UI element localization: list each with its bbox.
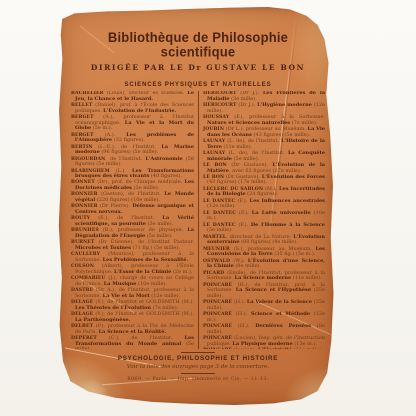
book-entry: COLSON (Albert), professeur à l'École Po…: [71, 264, 194, 275]
book-entry: BOUTY (E.), de l'Institut. La Vérité sci…: [71, 216, 194, 227]
book-entry: DELBET (P.), professeur à la Fté de Méde…: [71, 324, 194, 335]
book-title: Les Influences ancestrales: [250, 198, 325, 204]
book-entry: BIGOURDAN, de l'Institut. L'Astronomie (…: [71, 157, 194, 168]
book-title: La Lutte universelle: [252, 210, 311, 216]
book-note: (5e m.).: [91, 125, 112, 131]
book-entry: BELLET (Daniel), prof. à l'École des Sci…: [71, 103, 194, 114]
book-entry: DELAGE (Y.), de l'Institut et GOLDSMITH …: [71, 312, 194, 323]
book-entry: BONNIER (Gaston), de l'Institut. Le Mond…: [71, 192, 194, 203]
book-author-detail: (Dr J.).: [237, 102, 258, 108]
book-note: (3e mille).: [230, 96, 257, 102]
book-author-detail: (H.).: [232, 299, 247, 305]
book-entry: HÉRICOURT (Dr J.). L'Hygiène moderne (12…: [203, 103, 325, 114]
book-entry: POINCARÉ (Lucien). L'Électricité (11e mi…: [203, 348, 325, 349]
book-author-detail: (F.).: [236, 222, 251, 228]
book-entry: DEPÉRET (C.), de l'Institut. Les Transfo…: [71, 336, 194, 349]
book-entry: LE DANTEC (F.). Les Influences ancestral…: [203, 199, 325, 210]
section-heading-psychologie: PSYCHOLOGIE, PHILOSOPHIE ET HISTOIRE: [71, 355, 325, 362]
book-note: (24 figures).: [246, 191, 279, 197]
book-entry: LE BON (Dr Gustave). L'Évolution des For…: [203, 175, 325, 186]
book-entry: JOUBIN (Dr L.), professeur au Muséum. La…: [203, 127, 325, 138]
book-author: POINCARÉ: [203, 348, 232, 349]
book-entry: PICARD (Émile), de l'Institut, professeu…: [203, 271, 325, 282]
book-title: Dernières Pensées: [255, 323, 311, 329]
book-entry: DELAGE (Y.), de l'Institut et GOLDSMITH …: [71, 300, 194, 311]
book-entry: POINCARÉ (H.), de l'Institut, prof. à la…: [203, 283, 325, 300]
book-entry: OSTWALD (W.). L'Évolution d'une Science,…: [203, 259, 325, 270]
divider-rule: [181, 352, 215, 353]
see-list-note: Voir la liste des ouvrages page 3 de la …: [71, 364, 325, 370]
book-note: (11e mille).: [292, 347, 323, 349]
book-list-columns: BACHELIER (Louis), Docteur ès sciences. …: [71, 91, 325, 349]
book-entry: CAULLERY (Maurice), professeur à la Sorb…: [71, 252, 194, 263]
book-entry: LAUNAY (L. de), de l'Institut. La Conquê…: [203, 151, 325, 162]
book-entry: BONNET (Dr), prof. de Clinique médicale.…: [71, 180, 194, 191]
book-title: Science et Méthode: [251, 311, 310, 317]
book-title: L'Hygiène moderne: [257, 102, 312, 108]
book-title: La Science moderne: [235, 275, 292, 281]
book-cover-photo: Bibliothèque de Philosophie scientifique…: [0, 0, 416, 416]
divider-rule: [181, 373, 215, 374]
book-note: (7e mille).: [290, 120, 317, 126]
book-note: (11e mille).: [291, 275, 322, 281]
book-entry: BURNET (Dr Étienne), de l'Institut Paste…: [71, 240, 194, 251]
series-title: Bibliothèque de Philosophie scientifique: [71, 30, 325, 59]
book-entry: POINCARÉ (H.). Dernières Pensées (8e mil…: [203, 324, 325, 335]
book-title: L'Astronomie: [145, 156, 182, 162]
series-subtitle: DIRIGÉE PAR LE Dr GUSTAVE LE BON: [71, 63, 325, 72]
book-author-detail: (H.).: [232, 323, 255, 329]
book-entry: LAUNAY (L. de), de l'Institut. L'Histoir…: [203, 139, 325, 150]
book-note: (11e mille).: [222, 144, 253, 150]
book-entry: POINCARÉ (H.). Science et Méthode (12e m…: [203, 312, 325, 323]
section-heading-sciences: SCIENCES PHYSIQUES ET NATURELLES: [71, 82, 325, 88]
book-note: (12e mille).: [207, 203, 236, 209]
book-note: (43 figures) (17e mille).: [207, 179, 267, 185]
book-entry: LECLERC DU SABLON (M.). Les Incertitudes…: [203, 187, 325, 198]
book-title: L'Évolution de l'Industrie.: [103, 108, 176, 114]
book-note: (35 fig.) (5e m.).: [273, 251, 316, 257]
book-entry: POINCARÉ (Lucien), Insp. gén. de l'Instr…: [203, 336, 325, 347]
book-note: (43 figures) (5e mille).: [252, 132, 310, 138]
book-entry: POINCARÉ (H.). La Valeur de la Science (…: [203, 300, 325, 311]
book-title: L'Évolution des Forces: [262, 174, 325, 180]
book-entry: LE DANTEC (F.). De l'Homme à la Science …: [203, 223, 325, 234]
book-note: (80 figures) (4e mille).: [240, 239, 298, 245]
book-entry: MEUNIER (S.), professeur au Muséum. Les …: [203, 247, 325, 258]
book-note: (8e mille).: [234, 263, 261, 269]
book-note: (32 figures).: [112, 137, 145, 143]
printer-imprint: 8069. — Paris. — Imp. Hemmerlé et Cie. —…: [71, 376, 325, 382]
book-list-left-column: BACHELIER (Louis), Docteur ès sciences. …: [71, 91, 198, 349]
book-list-right-column: HÉRICOURT (Dr J.). Les Frontières de la …: [198, 91, 325, 349]
book-note: (5e mille).: [207, 227, 233, 233]
book-entry: BACHELIER (Louis), Docteur ès sciences. …: [71, 91, 194, 102]
book-entry: HOUSSAY (F.), professeur à la Sorbonne. …: [203, 115, 325, 126]
book-title: L'Électricité: [258, 347, 292, 349]
book-entry: BONNIER (Dr Pierre). Défense organique e…: [71, 204, 194, 215]
book-entry: LE DANTEC (F.). La Lutte universelle (10…: [203, 211, 325, 222]
book-entry: COMBARIEU (J.), chargé de cours au Collè…: [71, 276, 194, 287]
book-entry: DASTRE (Dr A.), de l'Institut, professeu…: [71, 288, 194, 299]
book-note: , avec 63 figures (27e mille).: [229, 168, 301, 174]
book-author-detail: (Lucien).: [232, 347, 258, 349]
book-note: (96 figures) (5e mille).: [100, 149, 158, 155]
book-entry: MARTEL, directeur de La Nature. L'Évolut…: [203, 235, 325, 246]
book-entry: LE BON (Dr Gustave). L'Évolution de la M…: [203, 163, 325, 174]
book-title: La Science et l'Hypothèse: [236, 287, 311, 293]
book-note: (5e mille).: [232, 156, 259, 162]
book-entry: BLARINGHEM (L.). Les Transformations bru…: [71, 169, 194, 180]
book-back-cover: Bibliothèque de Philosophie scientifique…: [58, 7, 334, 405]
cover-content: Bibliothèque de Philosophie scientifique…: [58, 7, 334, 405]
book-entry: HÉRICOURT (Dr J.). Les Frontières de la …: [203, 91, 325, 102]
book-title: La Parthénogénèse.: [75, 317, 130, 323]
book-title: La Valeur de la Science: [247, 299, 312, 305]
book-entry: BERGET (A.). Les problèmes de l'Atmosphè…: [71, 133, 194, 144]
book-author-detail: (F.).: [236, 210, 252, 216]
book-title: La Physique moderne: [232, 341, 292, 347]
book-entry: BRUNHES (B.), professeur de physique. La…: [71, 228, 194, 239]
book-author-detail: (H.).: [232, 311, 251, 317]
book-title: La Science et la Réalité.: [99, 329, 167, 335]
book-entry: BERTIN (L.-E.), de l'Institut. La Marine…: [71, 145, 194, 156]
book-note: (13e m.).: [293, 341, 317, 347]
book-title: De l'Homme à la Science: [251, 222, 325, 228]
book-title: Nature et Sciences naturelles: [207, 120, 290, 126]
book-author-detail: (F.).: [235, 198, 249, 204]
book-entry: BERGET (A.), professeur à l'Institut océ…: [71, 115, 194, 132]
